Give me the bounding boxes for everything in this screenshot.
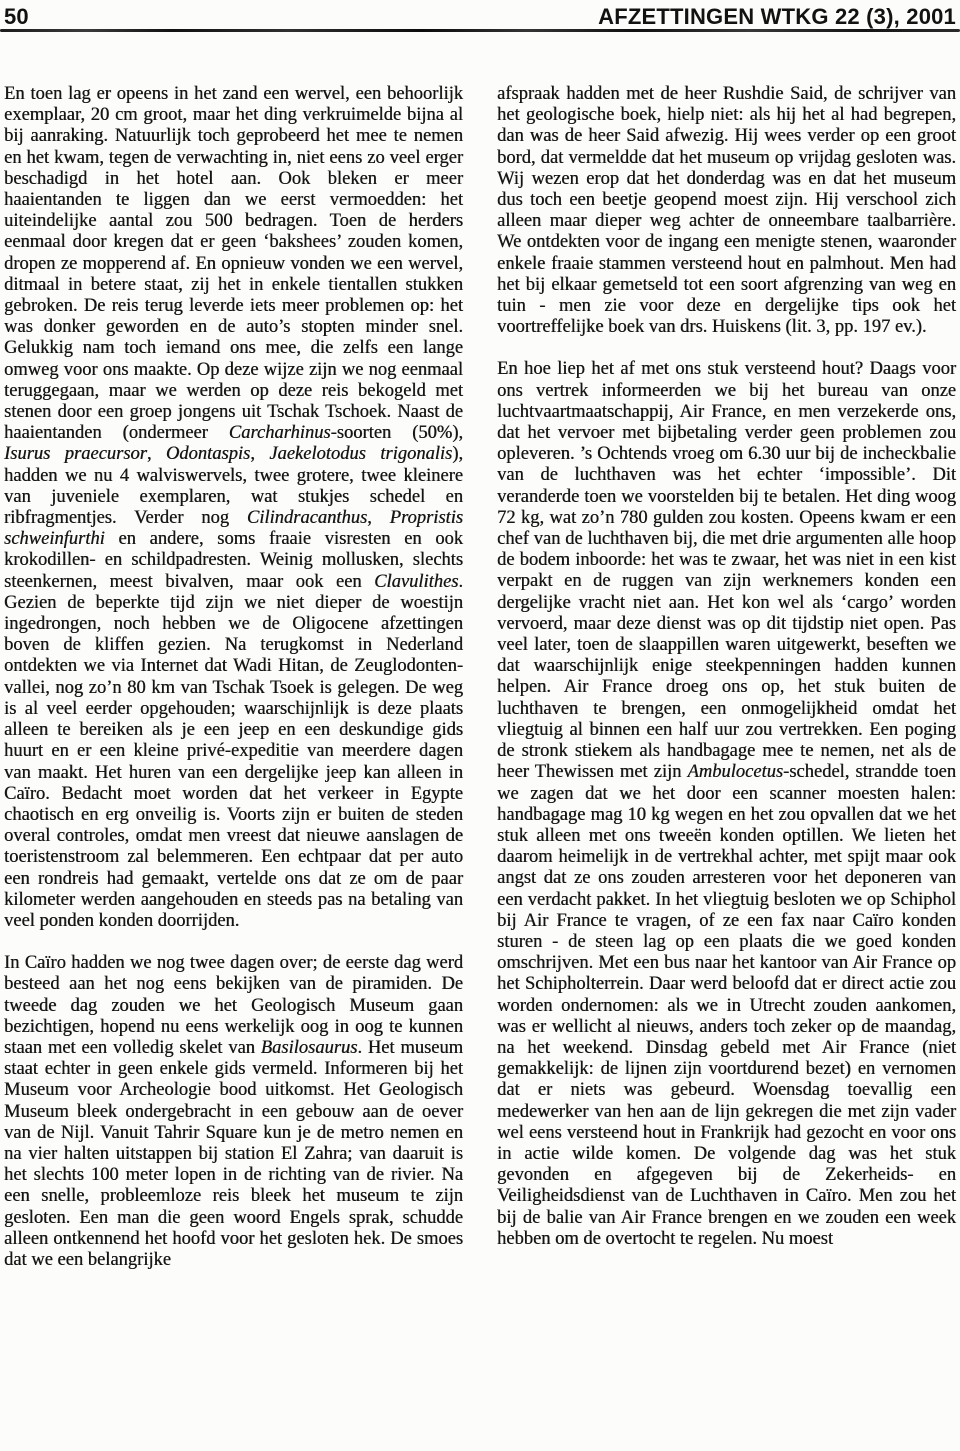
journal-title: AFZETTINGEN WTKG 22 (3), 2001 [598,4,956,30]
paragraph: En toen lag er opeens in het zand een we… [4,84,463,932]
page-number: 50 [4,4,29,30]
text-column-right: afspraak hadden met de heer Rushdie Said… [497,84,956,1271]
paragraph: In Caïro hadden we nog twee dagen over; … [4,953,463,1271]
species-name: Basilosaurus [261,1038,358,1058]
species-name: Propristis schweinfurthi [4,508,463,549]
paragraph: afspraak hadden met de heer Rushdie Said… [497,84,956,338]
species-name: Isurus praecursor [4,444,147,464]
text-columns: En toen lag er opeens in het zand een we… [4,84,956,1271]
species-name: Jaekelotodus trigonalis [269,444,452,464]
journal-page: 50 AFZETTINGEN WTKG 22 (3), 2001 En toen… [0,0,960,1451]
species-name: Clavulithes [374,572,458,592]
text-column-left: En toen lag er opeens in het zand een we… [4,84,463,1271]
species-name: Odontaspis [166,444,250,464]
page-header: 50 AFZETTINGEN WTKG 22 (3), 2001 [4,4,956,30]
paragraph: En hoe liep het af met ons stuk versteen… [497,359,956,1250]
header-rule [0,29,960,32]
species-name: Ambulocetus [687,762,783,782]
species-name: Carcharhinus [229,423,331,443]
species-name: Cilindracanthus [247,508,367,528]
